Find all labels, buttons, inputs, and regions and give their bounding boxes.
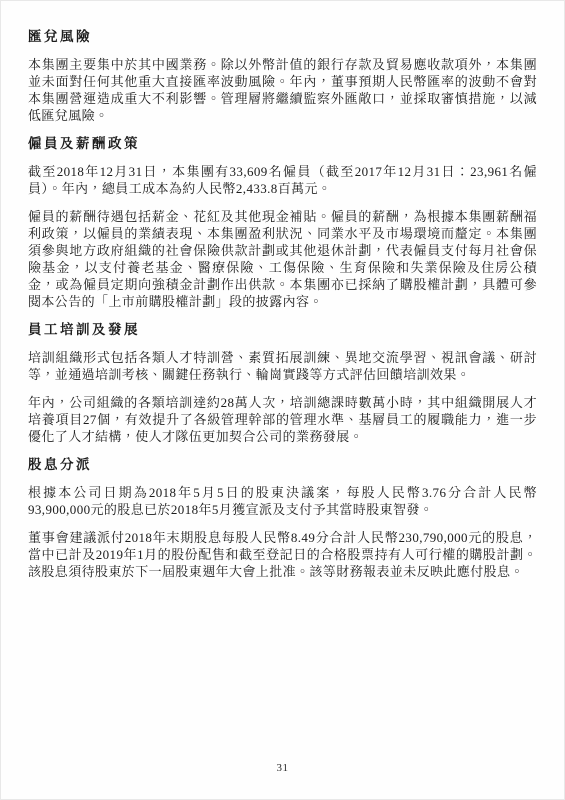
- paragraph-employees-1: 截至2018年12月31日，本集團有33,609名僱員（截至2017年12月31…: [28, 163, 537, 197]
- section-exchange-risk: 匯兌風險 本集團主要集中於其中國業務。除以外幣計值的銀行存款及貿易應收款項外，本…: [28, 28, 537, 124]
- paragraph-training-1: 培訓組織形式包括各類人才特訓營、素質拓展訓練、異地交流學習、視訊會議、研討等，並…: [28, 349, 537, 383]
- paragraph-training-2: 年內，公司組織的各類培訓達約28萬人次，培訓總課時數萬小時，其中組織開展人才培養…: [28, 394, 537, 445]
- page-number: 31: [0, 762, 565, 774]
- paragraph-employees-2: 僱員的薪酬待遇包括薪金、花紅及其他現金補貼。僱員的薪酬，為根據本集團薪酬福利政策…: [28, 208, 537, 310]
- document-page: 匯兌風險 本集團主要集中於其中國業務。除以外幣計值的銀行存款及貿易應收款項外，本…: [0, 0, 565, 800]
- section-staff-training-development: 員工培訓及發展 培訓組織形式包括各類人才特訓營、素質拓展訓練、異地交流學習、視訊…: [28, 321, 537, 445]
- section-dividend-distribution: 股息分派 根據本公司日期為2018年5月5日的股東決議案，每股人民幣3.76分合…: [28, 456, 537, 580]
- paragraph-dividend-1: 根據本公司日期為2018年5月5日的股東決議案，每股人民幣3.76分合計人民幣9…: [28, 484, 537, 518]
- paragraph-dividend-2: 董事會建議派付2018年末期股息每股人民幣8.49分合計人民幣230,790,0…: [28, 529, 537, 580]
- section-heading-exchange-risk: 匯兌風險: [28, 28, 537, 45]
- section-heading-staff-training-development: 員工培訓及發展: [28, 321, 537, 338]
- paragraph-exchange-risk-1: 本集團主要集中於其中國業務。除以外幣計值的銀行存款及貿易應收款項外，本集團並未面…: [28, 56, 537, 124]
- section-heading-dividend-distribution: 股息分派: [28, 456, 537, 473]
- section-employees-remuneration-policy: 僱員及薪酬政策 截至2018年12月31日，本集團有33,609名僱員（截至20…: [28, 135, 537, 310]
- section-heading-employees-remuneration-policy: 僱員及薪酬政策: [28, 135, 537, 152]
